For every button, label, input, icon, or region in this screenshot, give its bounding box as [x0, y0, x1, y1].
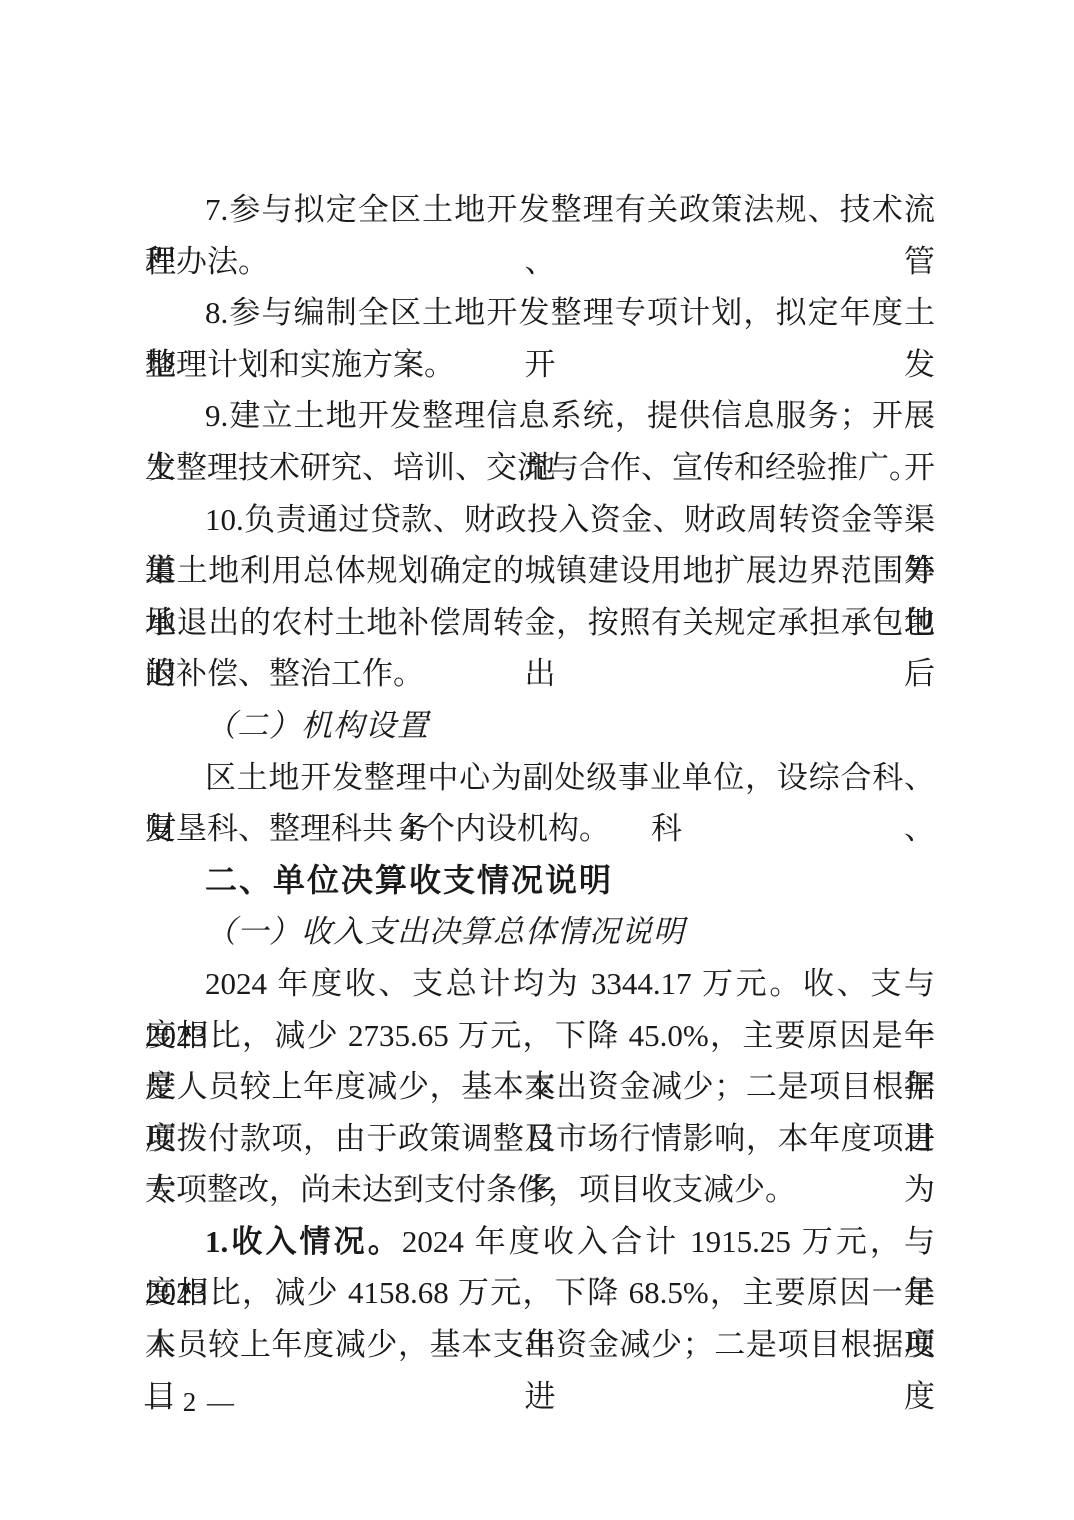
text-line-org-setup-body: 区土地开发整理中心为副处级事业单位，设综合科、财务科、 — [145, 752, 935, 804]
text-line-heading-org-setup: （二）机构设置 — [145, 700, 935, 752]
text-line-income-situation: 1.收入情况。2024 年度收入合计 1915.25 万元，与 2023 年 — [145, 1216, 935, 1268]
text-line-heading-2-1: （一）收入支出决算总体情况说明 — [145, 906, 935, 958]
text-line-item-9: 9.建立土地开发整理信息系统，提供信息服务；开展土地开 — [145, 390, 935, 442]
text-line-item-10: 集土地利用总体规划确定的城镇建设用地扩展边界范围外承包 — [145, 545, 935, 597]
paragraph-lead: 1.收入情况。 — [205, 1224, 402, 1259]
text-line-item-7: 7.参与拟定全区土地开发整理有关政策法规、技术流程、管 — [145, 184, 935, 236]
text-line-heading-section-two: 二、单位决算收支情况说明 — [145, 855, 935, 907]
text-line-item-8: 8.参与编制全区土地开发整理专项计划，拟定年度土地开发 — [145, 287, 935, 339]
text-line-item-9: 发整理技术研究、培训、交流与合作、宣传和经验推广。 — [145, 442, 935, 494]
text-line-income-situation: 人员较上年度减少，基本支出资金减少；二是项目根据项目进度 — [145, 1319, 935, 1371]
document-body: 7.参与拟定全区土地开发整理有关政策法规、技术流程、管理办法。8.参与编制全区土… — [145, 184, 935, 1371]
text-line-overall-situation: 度拨付款项，由于政策调整及市场行情影响，本年度项目大多为 — [145, 1113, 935, 1165]
document-page: 7.参与拟定全区土地开发整理有关政策法规、技术流程、管理办法。8.参与编制全区土… — [0, 0, 1074, 1520]
text-line-overall-situation: 2024 年度收、支总计均为 3344.17 万元。收、支与 2023 年 — [145, 958, 935, 1010]
text-line-item-10: 10.负责通过贷款、财政投入资金、财政周转资金等渠道筹 — [145, 494, 935, 546]
text-line-income-situation: 度相比，减少 4158.68 万元，下降 68.5%，主要原因一是本年度 — [145, 1267, 935, 1319]
text-line-item-10: 地退出的农村土地补偿周转金，按照有关规定承担承包地退出后 — [145, 597, 935, 649]
text-line-overall-situation: 度人员较上年度减少，基本支出资金减少；二是项目根据项目进 — [145, 1061, 935, 1113]
page-number: — 2 — — [145, 1384, 236, 1420]
text-line-overall-situation: 度相比，减少 2735.65 万元，下降 45.0%，主要原因是一是本年 — [145, 1010, 935, 1062]
